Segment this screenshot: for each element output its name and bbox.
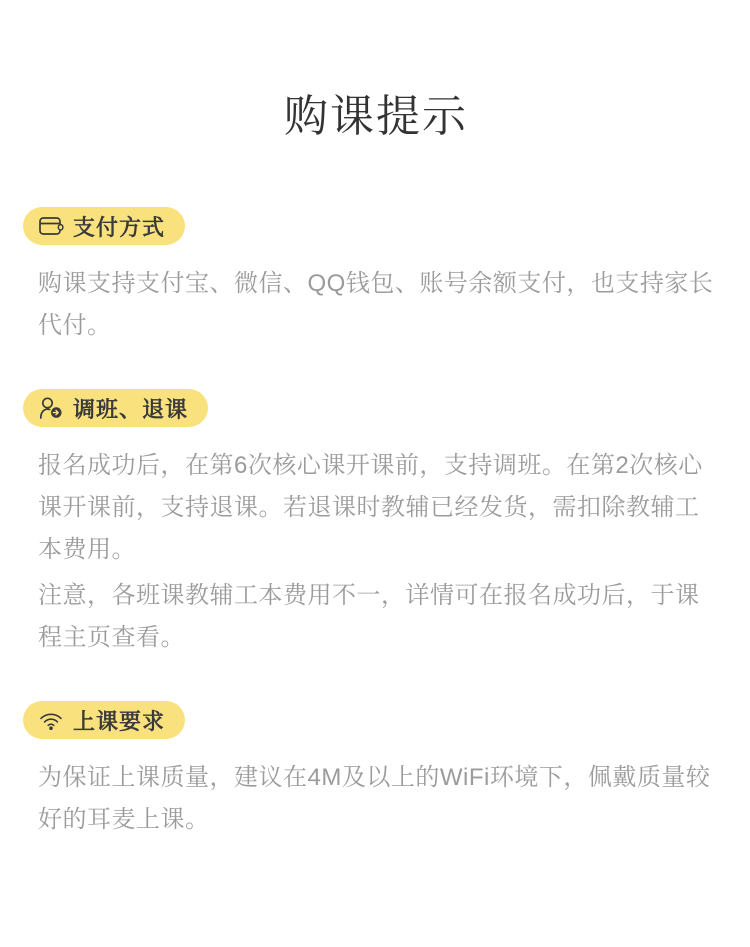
page-title: 购课提示	[38, 88, 714, 145]
section-class-change-refund: 调班、退课 报名成功后，在第6次核心课开课前，支持调班。在第2次核心课开课前，支…	[38, 389, 714, 659]
section-label: 上课要求	[73, 705, 165, 736]
wifi-icon	[38, 707, 64, 733]
section-class-requirements: 上课要求 为保证上课质量，建议在4M及以上的WiFi环境下，佩戴质量较好的耳麦上…	[38, 701, 714, 841]
section-paragraph: 为保证上课质量，建议在4M及以上的WiFi环境下，佩戴质量较好的耳麦上课。	[38, 757, 714, 841]
section-payment-methods: 支付方式 购课支持支付宝、微信、QQ钱包、账号余额支付，也支持家长代付。	[38, 207, 714, 347]
section-paragraph: 报名成功后，在第6次核心课开课前，支持调班。在第2次核心课开课前，支持退课。若退…	[38, 445, 714, 571]
section-paragraph: 购课支持支付宝、微信、QQ钱包、账号余额支付，也支持家长代付。	[38, 263, 714, 347]
purchase-tips-page: 购课提示 支付方式 购课支持支付宝、微信、QQ钱包、账号余额支付，也支持家长代付…	[0, 0, 750, 947]
section-label: 支付方式	[73, 211, 165, 242]
section-header-class-requirements: 上课要求	[23, 701, 185, 739]
section-label: 调班、退课	[73, 393, 188, 424]
section-paragraph: 注意，各班课教辅工本费用不一，详情可在报名成功后，于课程主页查看。	[38, 575, 714, 659]
section-header-payment-methods: 支付方式	[23, 207, 185, 245]
wallet-icon	[38, 213, 64, 239]
section-header-class-change-refund: 调班、退课	[23, 389, 208, 427]
user-switch-icon	[38, 395, 64, 421]
